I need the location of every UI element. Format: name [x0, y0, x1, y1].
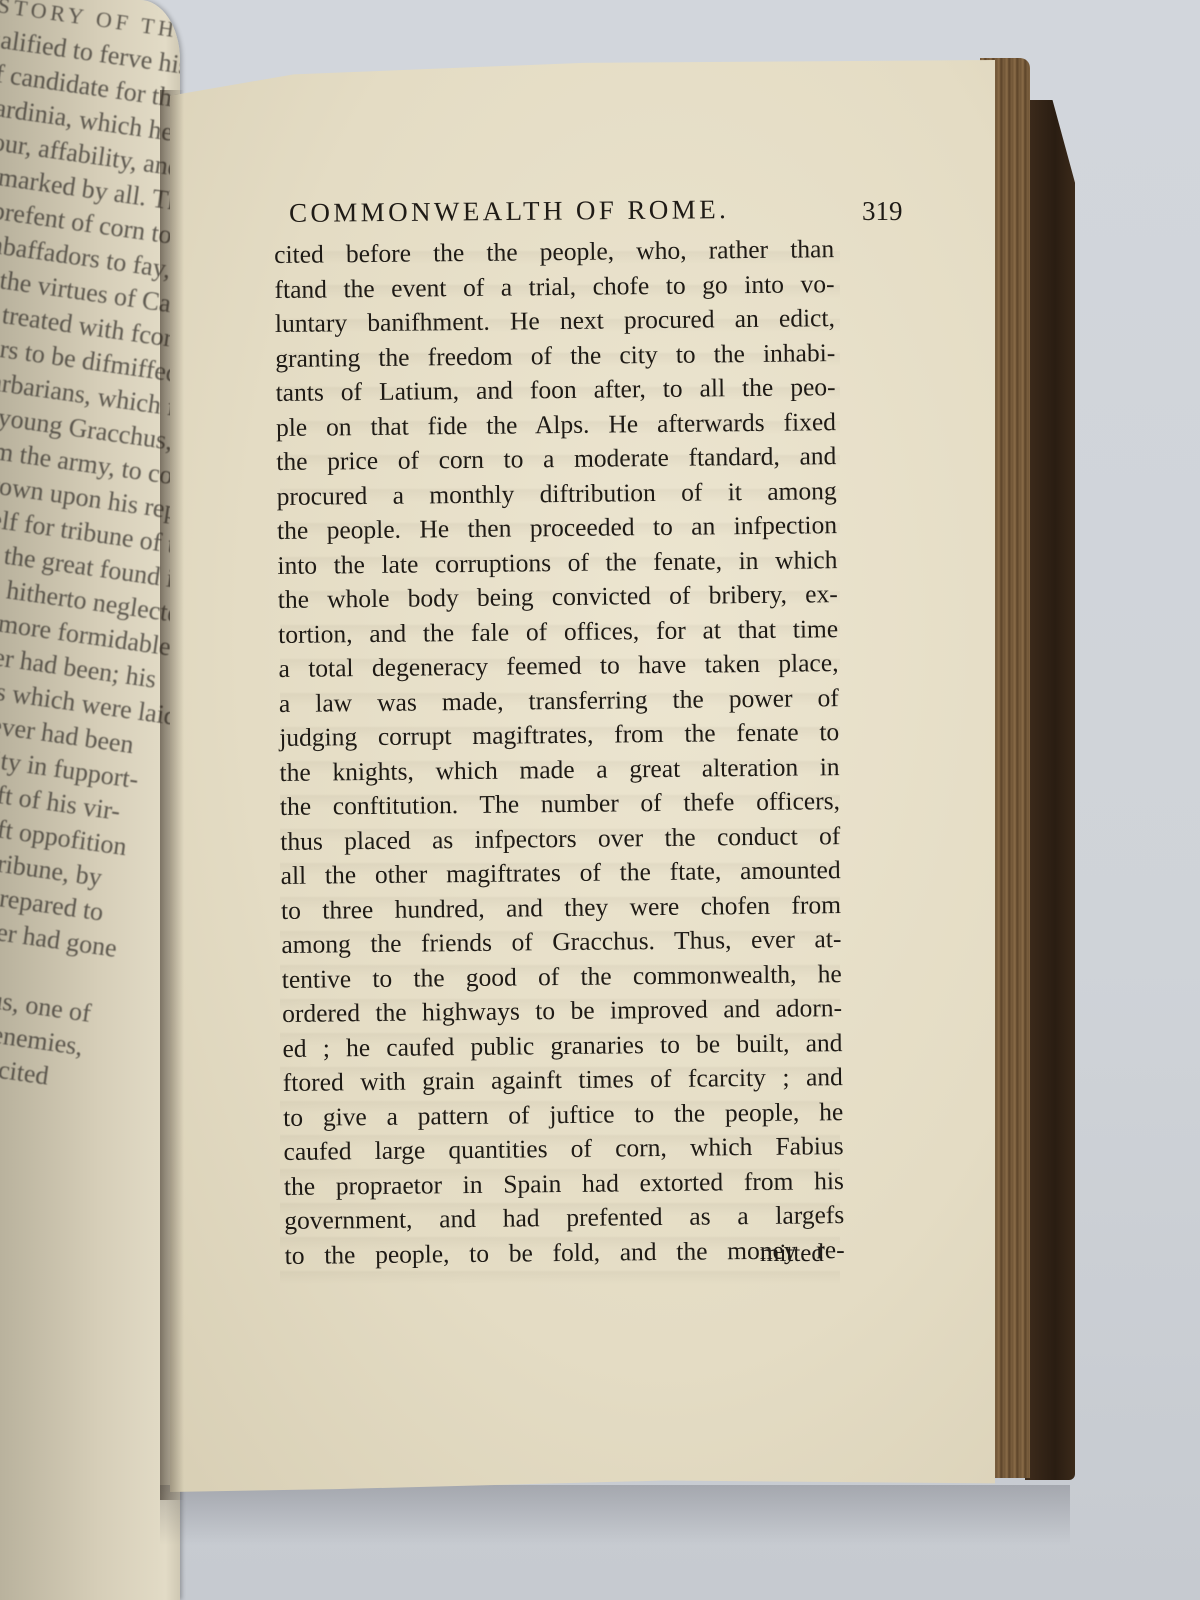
text-line: the conftitution. The number of thefe of… [280, 784, 840, 824]
gutter-shadow [160, 90, 184, 1500]
leather-cover [1025, 100, 1075, 1480]
text-line: ftand the event of a trial, chofe to go … [274, 267, 834, 307]
text-line: tentive to the good of the commonwealth,… [282, 957, 842, 997]
text-line: judging corrupt magiftrates, from the fe… [279, 715, 839, 755]
text-line: cited before the the people, who, rather… [274, 232, 834, 272]
book-shadow [160, 1485, 1070, 1545]
text-line: the propraetor in Spain had extorted fro… [284, 1164, 844, 1204]
text-line: all the other magiftrates of the ftate, … [281, 853, 841, 893]
text-line: to give a pattern of juftice to the peop… [283, 1095, 843, 1135]
text-line: ftored with grain againft times of fcarc… [283, 1060, 843, 1100]
text-line: luntary banifhment. He next procured an … [275, 301, 835, 341]
text-line: the people. He then proceeded to an infp… [277, 508, 837, 548]
text-line: caufed large quantities of corn, which F… [283, 1129, 843, 1169]
text-line: granting the freedom of the city to the … [275, 336, 835, 376]
body-text: cited before the the people, who, rather… [274, 232, 845, 1273]
text-line: into the late corruptions of the fenate,… [277, 543, 837, 583]
text-line: ordered the highways to be improved and … [282, 991, 842, 1031]
text-line: tortion, and the fale of offices, for at… [278, 612, 838, 652]
text-line: the price of corn to a moderate ftandard… [276, 439, 836, 479]
text-line: among the friends of Gracchus. Thus, eve… [281, 922, 841, 962]
text-line: the whole body being convicted of briber… [278, 577, 838, 617]
text-line: government, and had prefented as a large… [284, 1198, 844, 1238]
text-line: a total degeneracy feemed to have taken … [278, 646, 838, 686]
text-line: tants of Latium, and foon after, to all … [275, 370, 835, 410]
page-number: 319 [862, 196, 903, 227]
left-page-text: HISTORY OF THE felf qualified to ferve h… [0, 0, 180, 1094]
text-line: ple on that fide the Alps. He afterwards… [276, 405, 836, 445]
running-head: COMMONWEALTH OF ROME. [289, 194, 729, 229]
catchword: mitted [760, 1240, 824, 1268]
text-line: thus placed as infpectors over the condu… [280, 819, 840, 859]
text-line: procured a monthly diftribution of it am… [277, 474, 837, 514]
text-line: ed ; he caufed public granaries to be bu… [282, 1026, 842, 1066]
text-line: a law was made, transferring the power o… [279, 681, 839, 721]
text-line: the knights, which made a great alterati… [279, 750, 839, 790]
text-line: to three hundred, and they were chofen f… [281, 888, 841, 928]
left-page: HISTORY OF THE felf qualified to ferve h… [0, 0, 180, 1600]
